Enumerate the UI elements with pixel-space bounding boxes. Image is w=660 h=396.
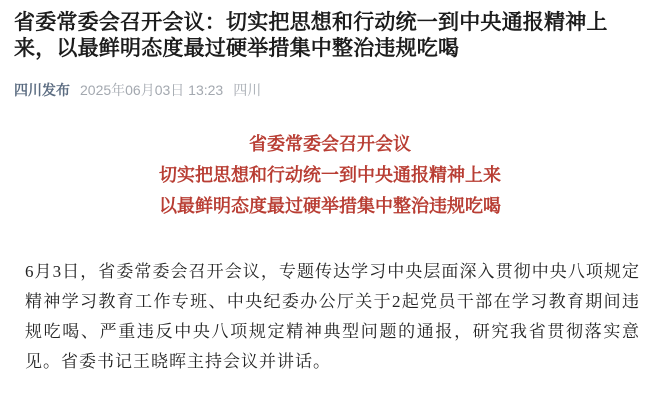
- subheading-line-3: 以最鲜明态度最过硬举措集中整治违规吃喝: [0, 191, 660, 222]
- article-subheading-block: 省委常委会召开会议 切实把思想和行动统一到中央通报精神上来 以最鲜明态度最过硬举…: [0, 129, 660, 222]
- publish-timestamp: 2025年06月03日 13:23: [80, 80, 223, 100]
- subheading-line-2: 切实把思想和行动统一到中央通报精神上来: [0, 160, 660, 191]
- article-page: 省委常委会召开会议：切实把思想和行动统一到中央通报精神上来，以最鲜明态度最过硬举…: [0, 0, 660, 396]
- article-paragraph: 6月3日，省委常委会召开会议，专题传达学习中央层面深入贯彻中央八项规定精神学习教…: [25, 257, 640, 377]
- article-meta-row: 四川发布 2025年06月03日 13:23 四川: [14, 80, 646, 100]
- article-title: 省委常委会召开会议：切实把思想和行动统一到中央通报精神上来，以最鲜明态度最过硬举…: [0, 0, 644, 62]
- subheading-line-1: 省委常委会召开会议: [0, 129, 660, 160]
- source-name[interactable]: 四川发布: [14, 80, 70, 100]
- publish-location: 四川: [233, 80, 261, 100]
